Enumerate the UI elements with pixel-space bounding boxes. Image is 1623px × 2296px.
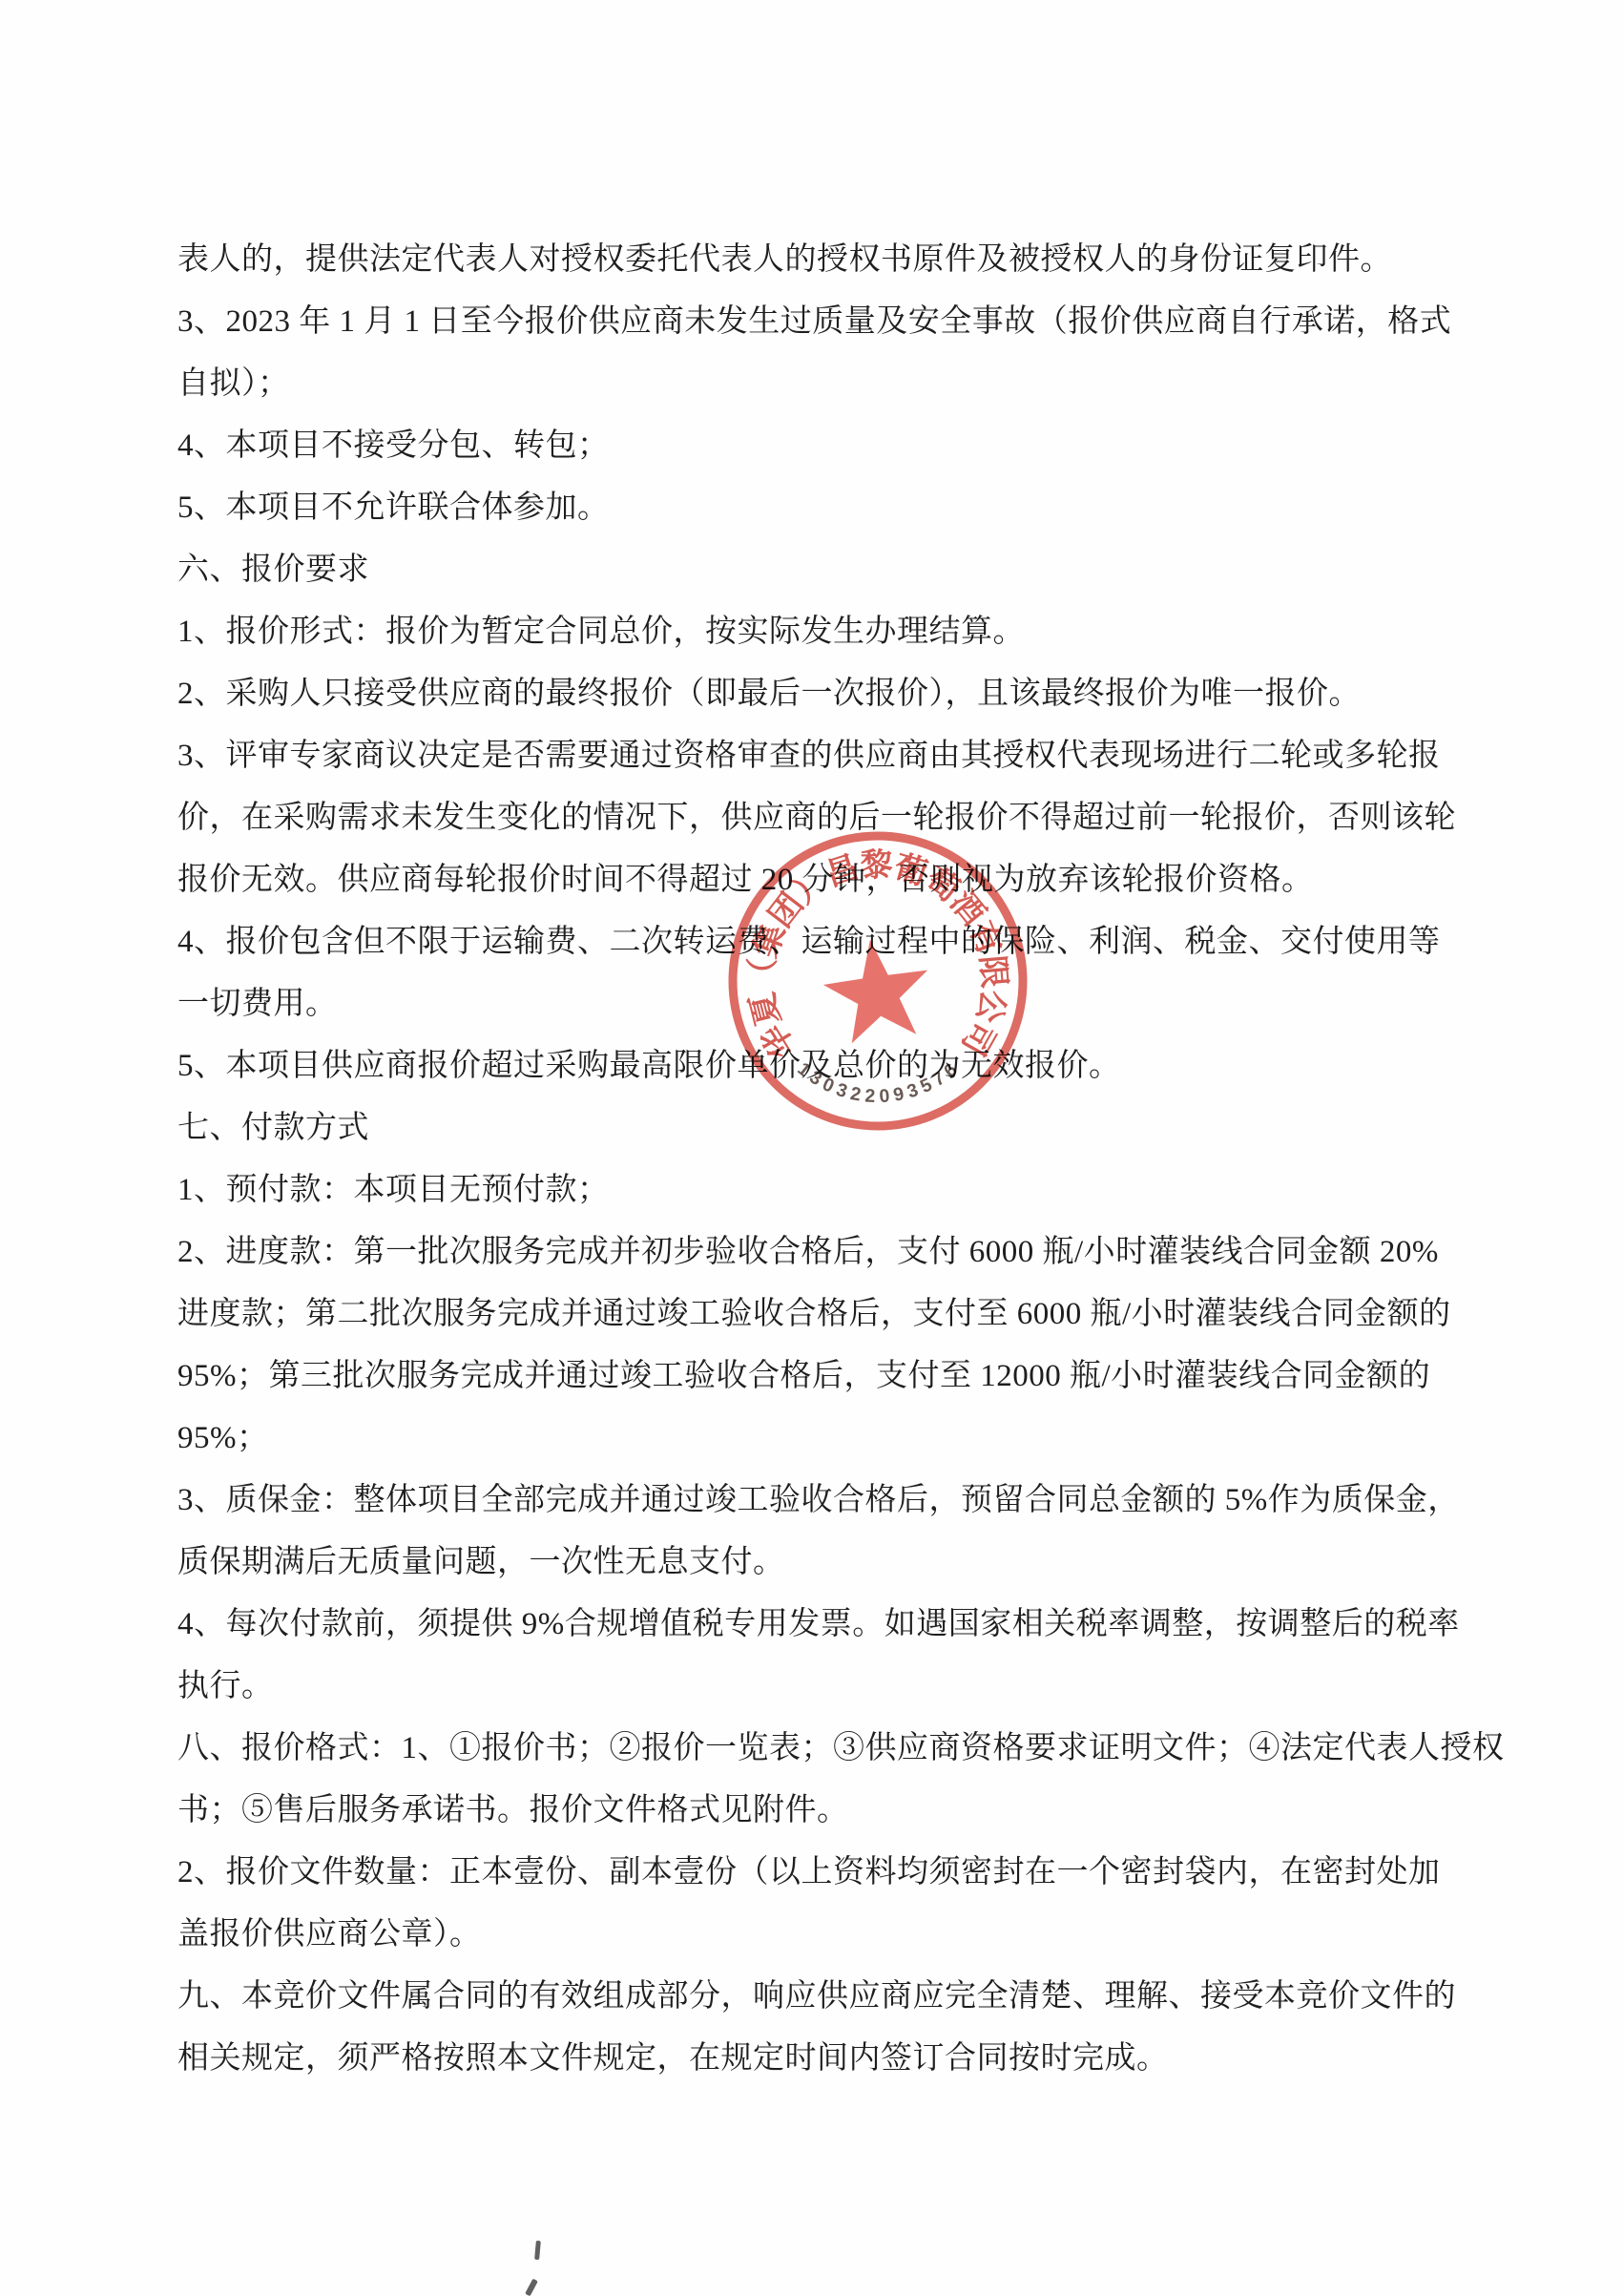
text-line: 价，在采购需求未发生变化的情况下，供应商的后一轮报价不得超过前一轮报价，否则该轮 [177,787,1470,849]
text-line: 表人的，提供法定代表人对授权委托代表人的授权书原件及被授权人的身份证复印件。 [177,229,1470,291]
text-line: 4、本项目不接受分包、转包； [177,415,1470,477]
text-line: 八、报价格式：1、①报价书；②报价一览表；③供应商资格要求证明文件；④法定代表人… [177,1718,1470,1780]
text-line: 95%； [177,1408,1470,1470]
text-line: 进度款；第二批次服务完成并通过竣工验收合格后，支付至 6000 瓶/小时灌装线合… [177,1284,1470,1346]
text-line: 95%；第三批次服务完成并通过竣工验收合格后，支付至 12000 瓶/小时灌装线… [177,1346,1470,1408]
text-line: 九、本竞价文件属合同的有效组成部分，响应供应商应完全清楚、理解、接受本竞价文件的 [177,1966,1470,2028]
text-line: 3、质保金：整体项目全部完成并通过竣工验收合格后，预留合同总金额的 5%作为质保… [177,1470,1470,1532]
scan-artifact [525,2279,538,2296]
scan-artifact [534,2241,541,2260]
text-line: 5、本项目不允许联合体参加。 [177,477,1470,539]
text-line: 书；⑤售后服务承诺书。报价文件格式见附件。 [177,1780,1470,1842]
text-line: 2、进度款：第一批次服务完成并初步验收合格后，支付 6000 瓶/小时灌装线合同… [177,1221,1470,1284]
document-text: 表人的，提供法定代表人对授权委托代表人的授权书原件及被授权人的身份证复印件。3、… [0,0,1623,2090]
document-page: 表人的，提供法定代表人对授权委托代表人的授权书原件及被授权人的身份证复印件。3、… [0,0,1623,2296]
text-line: 报价无效。供应商每轮报价时间不得超过 20 分钟，否则视为放弃该轮报价资格。 [177,849,1470,911]
text-line: 4、每次付款前，须提供 9%合规增值税专用发票。如遇国家相关税率调整，按调整后的… [177,1594,1470,1656]
text-line: 1、报价形式：报价为暂定合同总价，按实际发生办理结算。 [177,601,1470,663]
text-line: 七、付款方式 [177,1097,1470,1159]
text-line: 执行。 [177,1656,1470,1718]
text-line: 相关规定，须严格按照本文件规定，在规定时间内签订合同按时完成。 [177,2028,1470,2090]
text-line: 盖报价供应商公章）。 [177,1904,1470,1966]
text-line: 5、本项目供应商报价超过采购最高限价单价及总价的为无效报价。 [177,1035,1470,1097]
text-line: 1、预付款：本项目无预付款； [177,1159,1470,1221]
text-line: 六、报价要求 [177,539,1470,601]
text-line: 一切费用。 [177,973,1470,1035]
text-line: 3、评审专家商议决定是否需要通过资格审查的供应商由其授权代表现场进行二轮或多轮报 [177,725,1470,787]
text-line: 3、2023 年 1 月 1 日至今报价供应商未发生过质量及安全事故（报价供应商… [177,291,1470,353]
text-line: 2、采购人只接受供应商的最终报价（即最后一次报价），且该最终报价为唯一报价。 [177,663,1470,725]
text-line: 质保期满后无质量问题，一次性无息支付。 [177,1532,1470,1594]
text-line: 4、报价包含但不限于运输费、二次转运费、运输过程中的保险、利润、税金、交付使用等 [177,911,1470,973]
text-line: 自拟）； [177,353,1470,415]
text-line: 2、报价文件数量：正本壹份、副本壹份（以上资料均须密封在一个密封袋内，在密封处加 [177,1842,1470,1904]
